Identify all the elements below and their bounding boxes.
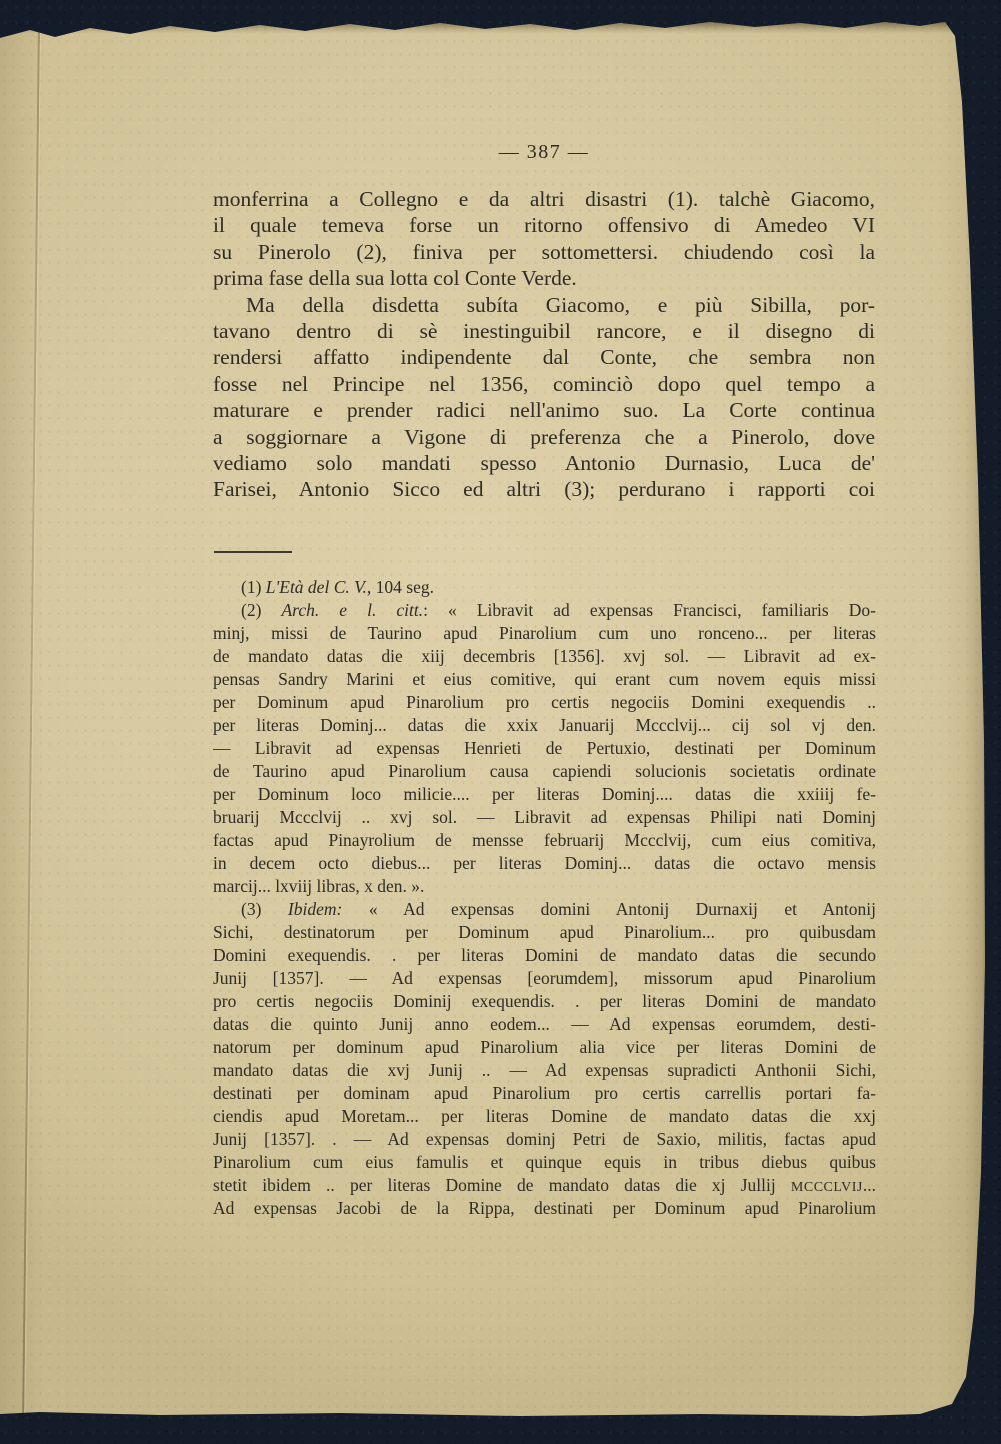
text-line: a soggiornare a Vigone di preferenza che… — [213, 424, 875, 450]
footnote-separator — [214, 551, 292, 553]
text-line: Farisei, Antonio Sicco ed altri (3); per… — [213, 476, 875, 502]
italic-citation: Ibidem: — [288, 899, 342, 919]
text-line: — Libravit ad expensas Henrieti de Pertu… — [213, 737, 876, 760]
gutter-crease-line — [22, 22, 40, 1418]
text-line: de mandato datas die xiij decembris [135… — [213, 645, 876, 668]
text-line: ciendis apud Moretam... per literas Domi… — [213, 1105, 876, 1128]
page-number: — 387 — — [213, 141, 875, 164]
text-line: su Pinerolo (2), finiva per sottometters… — [213, 239, 875, 265]
text-line: per literas Dominj... datas die xxix Jan… — [213, 714, 876, 737]
text-line: stetit ibidem .. per literas Domine de m… — [213, 1174, 876, 1197]
text-line: (2) Arch. e l. citt.: « Libravit ad expe… — [213, 599, 876, 622]
text-line: natorum per dominum apud Pinarolium alia… — [213, 1036, 876, 1059]
text-line: Junij [1357]. . — Ad expensas dominj Pet… — [213, 1128, 876, 1151]
text-line: pensas Sandry Marini et eius comitive, q… — [213, 668, 876, 691]
text-line: factas apud Pinayrolium de mensse februa… — [213, 829, 876, 852]
text-segment: : « Libravit ad expensas Francisci, fami… — [423, 600, 876, 620]
text-line: (1) L'Età del C. V., 104 seg. — [213, 576, 876, 599]
text-line: prima fase della sua lotta col Conte Ver… — [213, 265, 875, 291]
body-text: monferrina a Collegno e da altri disastr… — [213, 186, 875, 503]
text-segment: , 104 seg. — [367, 577, 434, 597]
text-line: Ma della disdetta subíta Giacomo, e più … — [213, 292, 875, 318]
book-page: — 387 — monferrina a Collegno e da altri… — [0, 22, 986, 1418]
text-line: de Taurino apud Pinarolium causa capiend… — [213, 760, 876, 783]
text-line: mandato datas die xvj Junij .. — Ad expe… — [213, 1059, 876, 1082]
scan-background: — 387 — monferrina a Collegno e da altri… — [0, 0, 1001, 1444]
text-segment: (3) — [241, 899, 288, 919]
italic-citation: Arch. e l. citt. — [281, 600, 423, 620]
text-line: il quale temeva forse un ritorno offensi… — [213, 212, 875, 238]
text-line: datas die quinto Junij anno eodem... — A… — [213, 1013, 876, 1036]
text-line: per Dominum loco milicie.... per literas… — [213, 783, 876, 806]
text-line: bruarij Mccclvij .. xvj sol. — Libravit … — [213, 806, 876, 829]
text-line: minj, missi de Taurino apud Pinarolium c… — [213, 622, 876, 645]
text-line: fosse nel Principe nel 1356, cominciò do… — [213, 371, 875, 397]
small-caps-date: MCCCLVIJ — [791, 1180, 863, 1195]
text-line: tavano dentro di sè inestinguibil rancor… — [213, 318, 875, 344]
text-line: rendersi affatto indipendente dal Conte,… — [213, 344, 875, 370]
text-line: pro certis negociis Dominij exequendis. … — [213, 990, 876, 1013]
text-line: (3) Ibidem: « Ad expensas domini Antonij… — [213, 898, 876, 921]
text-line: marcij... lxviij libras, x den. ». — [213, 875, 876, 898]
text-segment: stetit ibidem .. per literas Domine de m… — [213, 1175, 791, 1195]
footnotes: (1) L'Età del C. V., 104 seg.(2) Arch. e… — [213, 576, 876, 1220]
text-line: destinati per dominam apud Pinarolium pr… — [213, 1082, 876, 1105]
text-segment: (2) — [241, 600, 281, 620]
text-segment: « Ad expensas domini Antonij Durnaxij et… — [342, 899, 876, 919]
text-line: in decem octo diebus... per literas Domi… — [213, 852, 876, 875]
text-line: monferrina a Collegno e da altri disastr… — [213, 186, 875, 212]
text-line: maturare e prender radici nell'animo suo… — [213, 397, 875, 423]
italic-citation: L'Età del C. V. — [266, 577, 367, 597]
text-segment: (1) — [241, 577, 266, 597]
text-line: vediamo solo mandati spesso Antonio Durn… — [213, 450, 875, 476]
text-line: Junij [1357]. — Ad expensas [eorumdem], … — [213, 967, 876, 990]
text-line: Ad expensas Jacobi de la Rippa, destinat… — [213, 1197, 876, 1220]
text-line: Pinarolium cum eius famulis et quinque e… — [213, 1151, 876, 1174]
text-segment: ... — [863, 1175, 876, 1195]
text-line: Domini exequendis. . per literas Domini … — [213, 944, 876, 967]
text-line: Sichi, destinatorum per Dominum apud Pin… — [213, 921, 876, 944]
text-line: per Dominum apud Pinarolium pro certis n… — [213, 691, 876, 714]
